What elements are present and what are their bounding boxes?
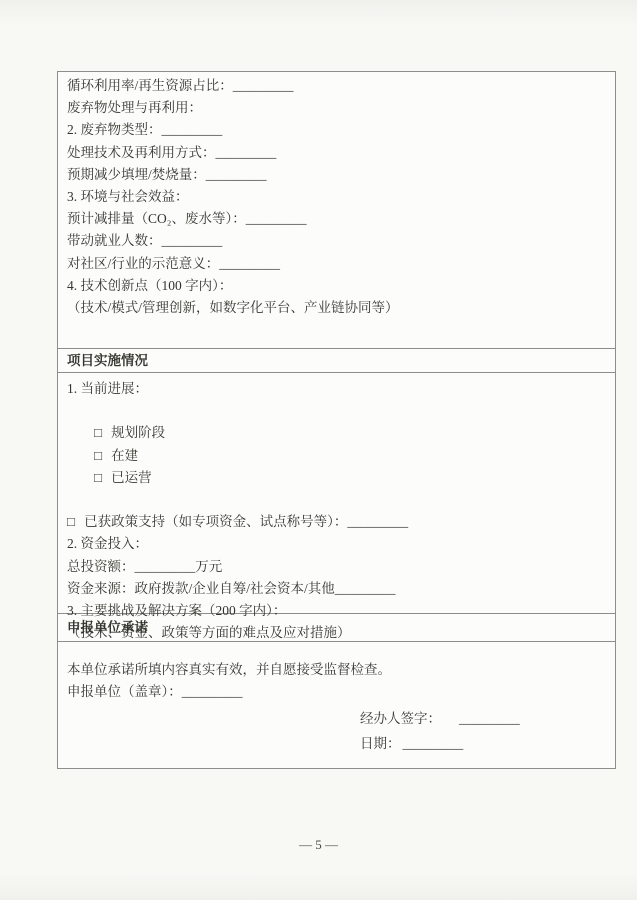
checkbox-icon: □: [67, 514, 75, 529]
progress-option-under-construction: □在建: [94, 448, 138, 463]
progress-option-operating: □已运营: [94, 470, 152, 485]
date-blank: _________: [403, 736, 464, 751]
checkbox-icon: □: [94, 448, 102, 463]
line-emission-reduction: 预计减排量（CO₂、废水等）：_________: [67, 208, 606, 230]
line-total-investment: 总投资额：_________万元: [67, 556, 606, 578]
line-waste-type: 2. 废弃物类型：_________: [67, 119, 606, 141]
date-row: 日期：_________: [360, 731, 606, 756]
section-header-implementation: 项目实施情况: [58, 348, 615, 373]
checkbox-icon: □: [94, 470, 102, 485]
line-funding-source: 资金来源：政府拨款/企业自筹/社会资本/其他_________: [67, 578, 606, 600]
policy-support-label: 已获政策支持（如专项资金、试点称号等）：: [84, 514, 347, 529]
application-form-table: 循环利用率/再生资源占比：_________ 废弃物处理与再利用： 2. 废弃物…: [57, 71, 616, 769]
line-funding-title: 2. 资金投入：: [67, 533, 606, 555]
line-recycle-rate: 循环利用率/再生资源占比：_________: [67, 75, 606, 97]
signature-block: 经办人签字：_________ 日期：_________: [360, 706, 606, 756]
line-landfill-reduction: 预期减少填埋/焚烧量：_________: [67, 164, 606, 186]
section-implementation: 1. 当前进展： □规划阶段 □在建 □已运营 □已获政策支持（如专项资金、试点…: [58, 373, 615, 613]
line-current-progress-title: 1. 当前进展：: [67, 378, 606, 400]
line-commitment-statement: 本单位承诺所填内容真实有效，并自愿接受监督检查。: [67, 659, 606, 681]
line-waste-handling-title: 废弃物处理与再利用：: [67, 97, 606, 119]
progress-option-label: 已运营: [111, 470, 152, 485]
line-treatment-method: 处理技术及再利用方式：_________: [67, 142, 606, 164]
checkbox-icon: □: [94, 425, 102, 440]
handler-signature-row: 经办人签字：_________: [360, 706, 606, 731]
progress-options-row: □规划阶段 □在建 □已运营: [67, 400, 606, 511]
line-demonstration-significance: 对社区/行业的示范意义：_________: [67, 253, 606, 275]
progress-option-label: 规划阶段: [111, 425, 165, 440]
handler-signature-blank: _________: [459, 711, 520, 726]
line-employment: 带动就业人数：_________: [67, 230, 606, 252]
section-metrics: 循环利用率/再生资源占比：_________ 废弃物处理与再利用： 2. 废弃物…: [58, 72, 615, 348]
line-env-social-benefit-title: 3. 环境与社会效益：: [67, 186, 606, 208]
line-tech-innovation-note: （技术/模式/管理创新，如数字化平台、产业链协同等）: [67, 297, 606, 319]
line-applicant-seal: 申报单位（盖章）：_________: [67, 681, 606, 703]
progress-option-label: 在建: [111, 448, 138, 463]
progress-option-planning: □规划阶段: [94, 425, 165, 440]
date-label: 日期：: [360, 736, 401, 751]
line-tech-innovation-title: 4. 技术创新点（100 字内）：: [67, 275, 606, 297]
policy-support-row: □已获政策支持（如专项资金、试点称号等）：_________: [67, 511, 606, 533]
scanned-page: 循环利用率/再生资源占比：_________ 废弃物处理与再利用： 2. 废弃物…: [0, 0, 637, 900]
handler-signature-label: 经办人签字：: [360, 711, 441, 726]
policy-support-blank: _________: [347, 514, 408, 529]
section-commitment: 本单位承诺所填内容真实有效，并自愿接受监督检查。 申报单位（盖章）：______…: [58, 642, 615, 768]
page-number: — 5 —: [0, 837, 637, 853]
